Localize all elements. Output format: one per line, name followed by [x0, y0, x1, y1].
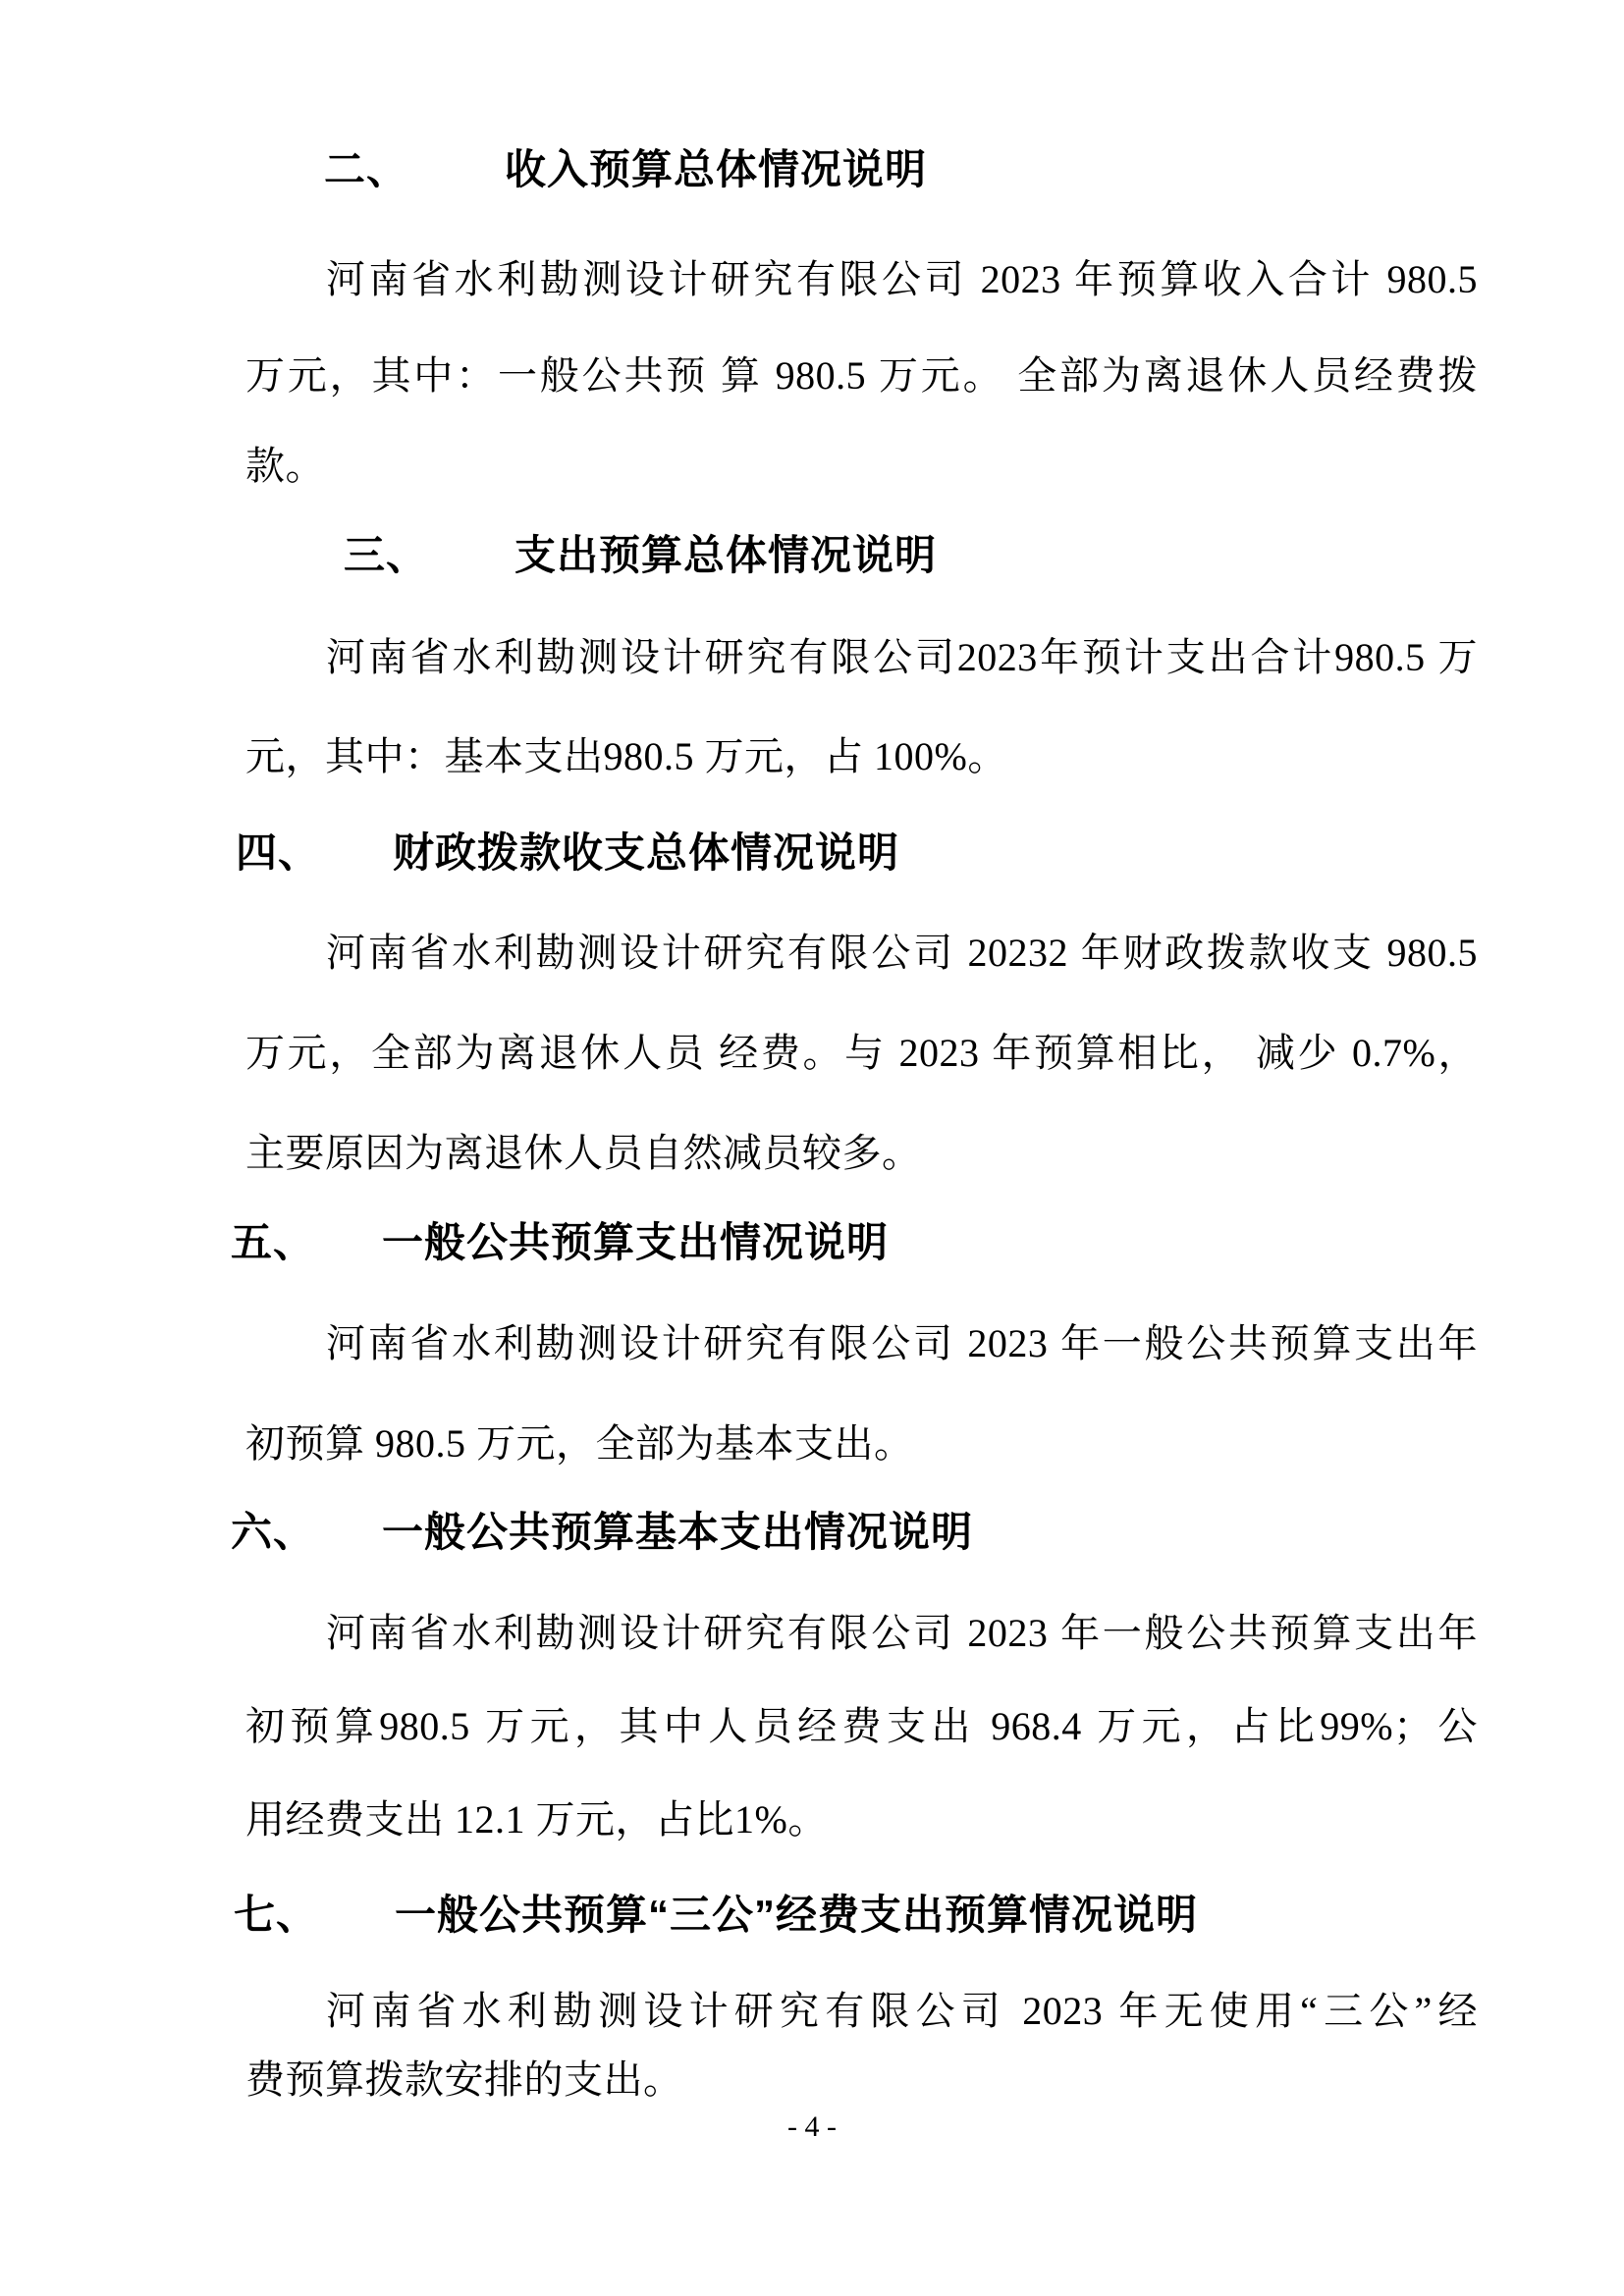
paragraph-line: 河南省水利勘测设计研究有限公司2023年预计支出合计980.5 万: [245, 635, 1478, 680]
paragraph-line: 费预算拨款安排的支出。: [245, 2057, 1478, 2103]
section-heading-fiscal-appropriation: 四、 财政拨款收支总体情况说明: [236, 830, 899, 876]
paragraph-line: 万元，全部为离退休人员 经费。与 2023 年预算相比， 减少 0.7%，: [245, 1031, 1478, 1076]
paragraph-line: 初预算980.5 万元，其中人员经费支出 968.4 万元，占比99%；公: [245, 1704, 1478, 1749]
paragraph-line: 河南省水利勘测设计研究有限公司 20232 年财政拨款收支 980.5: [245, 931, 1478, 976]
paragraph-line: 元，其中：基本支出980.5 万元，占 100%。: [245, 734, 1478, 779]
section-heading-public-budget-expenditure: 五、 一般公共预算支出情况说明: [231, 1220, 889, 1265]
heading-number: 三、: [344, 533, 428, 578]
heading-title: 一般公共预算基本支出情况说明: [382, 1510, 973, 1555]
paragraph-line: 用经费支出 12.1 万元，占比1%。: [245, 1797, 1478, 1842]
paragraph-line: 款。: [245, 444, 1478, 489]
heading-title: 一般公共预算“三公”经费支出预算情况说明: [395, 1893, 1198, 1938]
paragraph-line: 河南省水利勘测设计研究有限公司 2023 年一般公共预算支出年: [245, 1321, 1478, 1366]
paragraph-line: 主要原因为离退休人员自然减员较多。: [245, 1131, 1478, 1176]
heading-title: 一般公共预算支出情况说明: [382, 1220, 889, 1265]
section-heading-income-budget: 二、 收入预算总体情况说明: [324, 147, 927, 192]
paragraph-line: 河南省水利勘测设计研究有限公司 2023 年预算收入合计 980.5: [245, 257, 1478, 302]
section-heading-basic-expenditure: 六、 一般公共预算基本支出情况说明: [231, 1510, 973, 1555]
section-heading-expenditure-budget: 三、 支出预算总体情况说明: [344, 533, 937, 578]
section-heading-three-public-funds: 七、 一般公共预算“三公”经费支出预算情况说明: [234, 1893, 1198, 1938]
heading-title: 收入预算总体情况说明: [505, 147, 927, 192]
document-page: 二、 收入预算总体情况说明 河南省水利勘测设计研究有限公司 2023 年预算收入…: [0, 0, 1624, 2296]
page-number: - 4 -: [0, 2110, 1624, 2143]
heading-title: 支出预算总体情况说明: [514, 533, 937, 578]
paragraph-line: 河南省水利勘测设计研究有限公司 2023 年一般公共预算支出年: [245, 1611, 1478, 1656]
paragraph-line: 河南省水利勘测设计研究有限公司 2023 年无使用“三公”经: [245, 1989, 1478, 2034]
paragraph-line: 万元，其中：一般公共预 算 980.5 万元。 全部为离退休人员经费拨: [245, 353, 1478, 399]
heading-number: 五、: [231, 1220, 315, 1265]
heading-number: 六、: [231, 1510, 315, 1555]
heading-number: 二、: [324, 147, 408, 192]
heading-number: 四、: [236, 830, 320, 876]
heading-title: 财政拨款收支总体情况说明: [393, 830, 899, 876]
heading-number: 七、: [234, 1893, 318, 1938]
paragraph-line: 初预算 980.5 万元，全部为基本支出。: [245, 1421, 1478, 1467]
